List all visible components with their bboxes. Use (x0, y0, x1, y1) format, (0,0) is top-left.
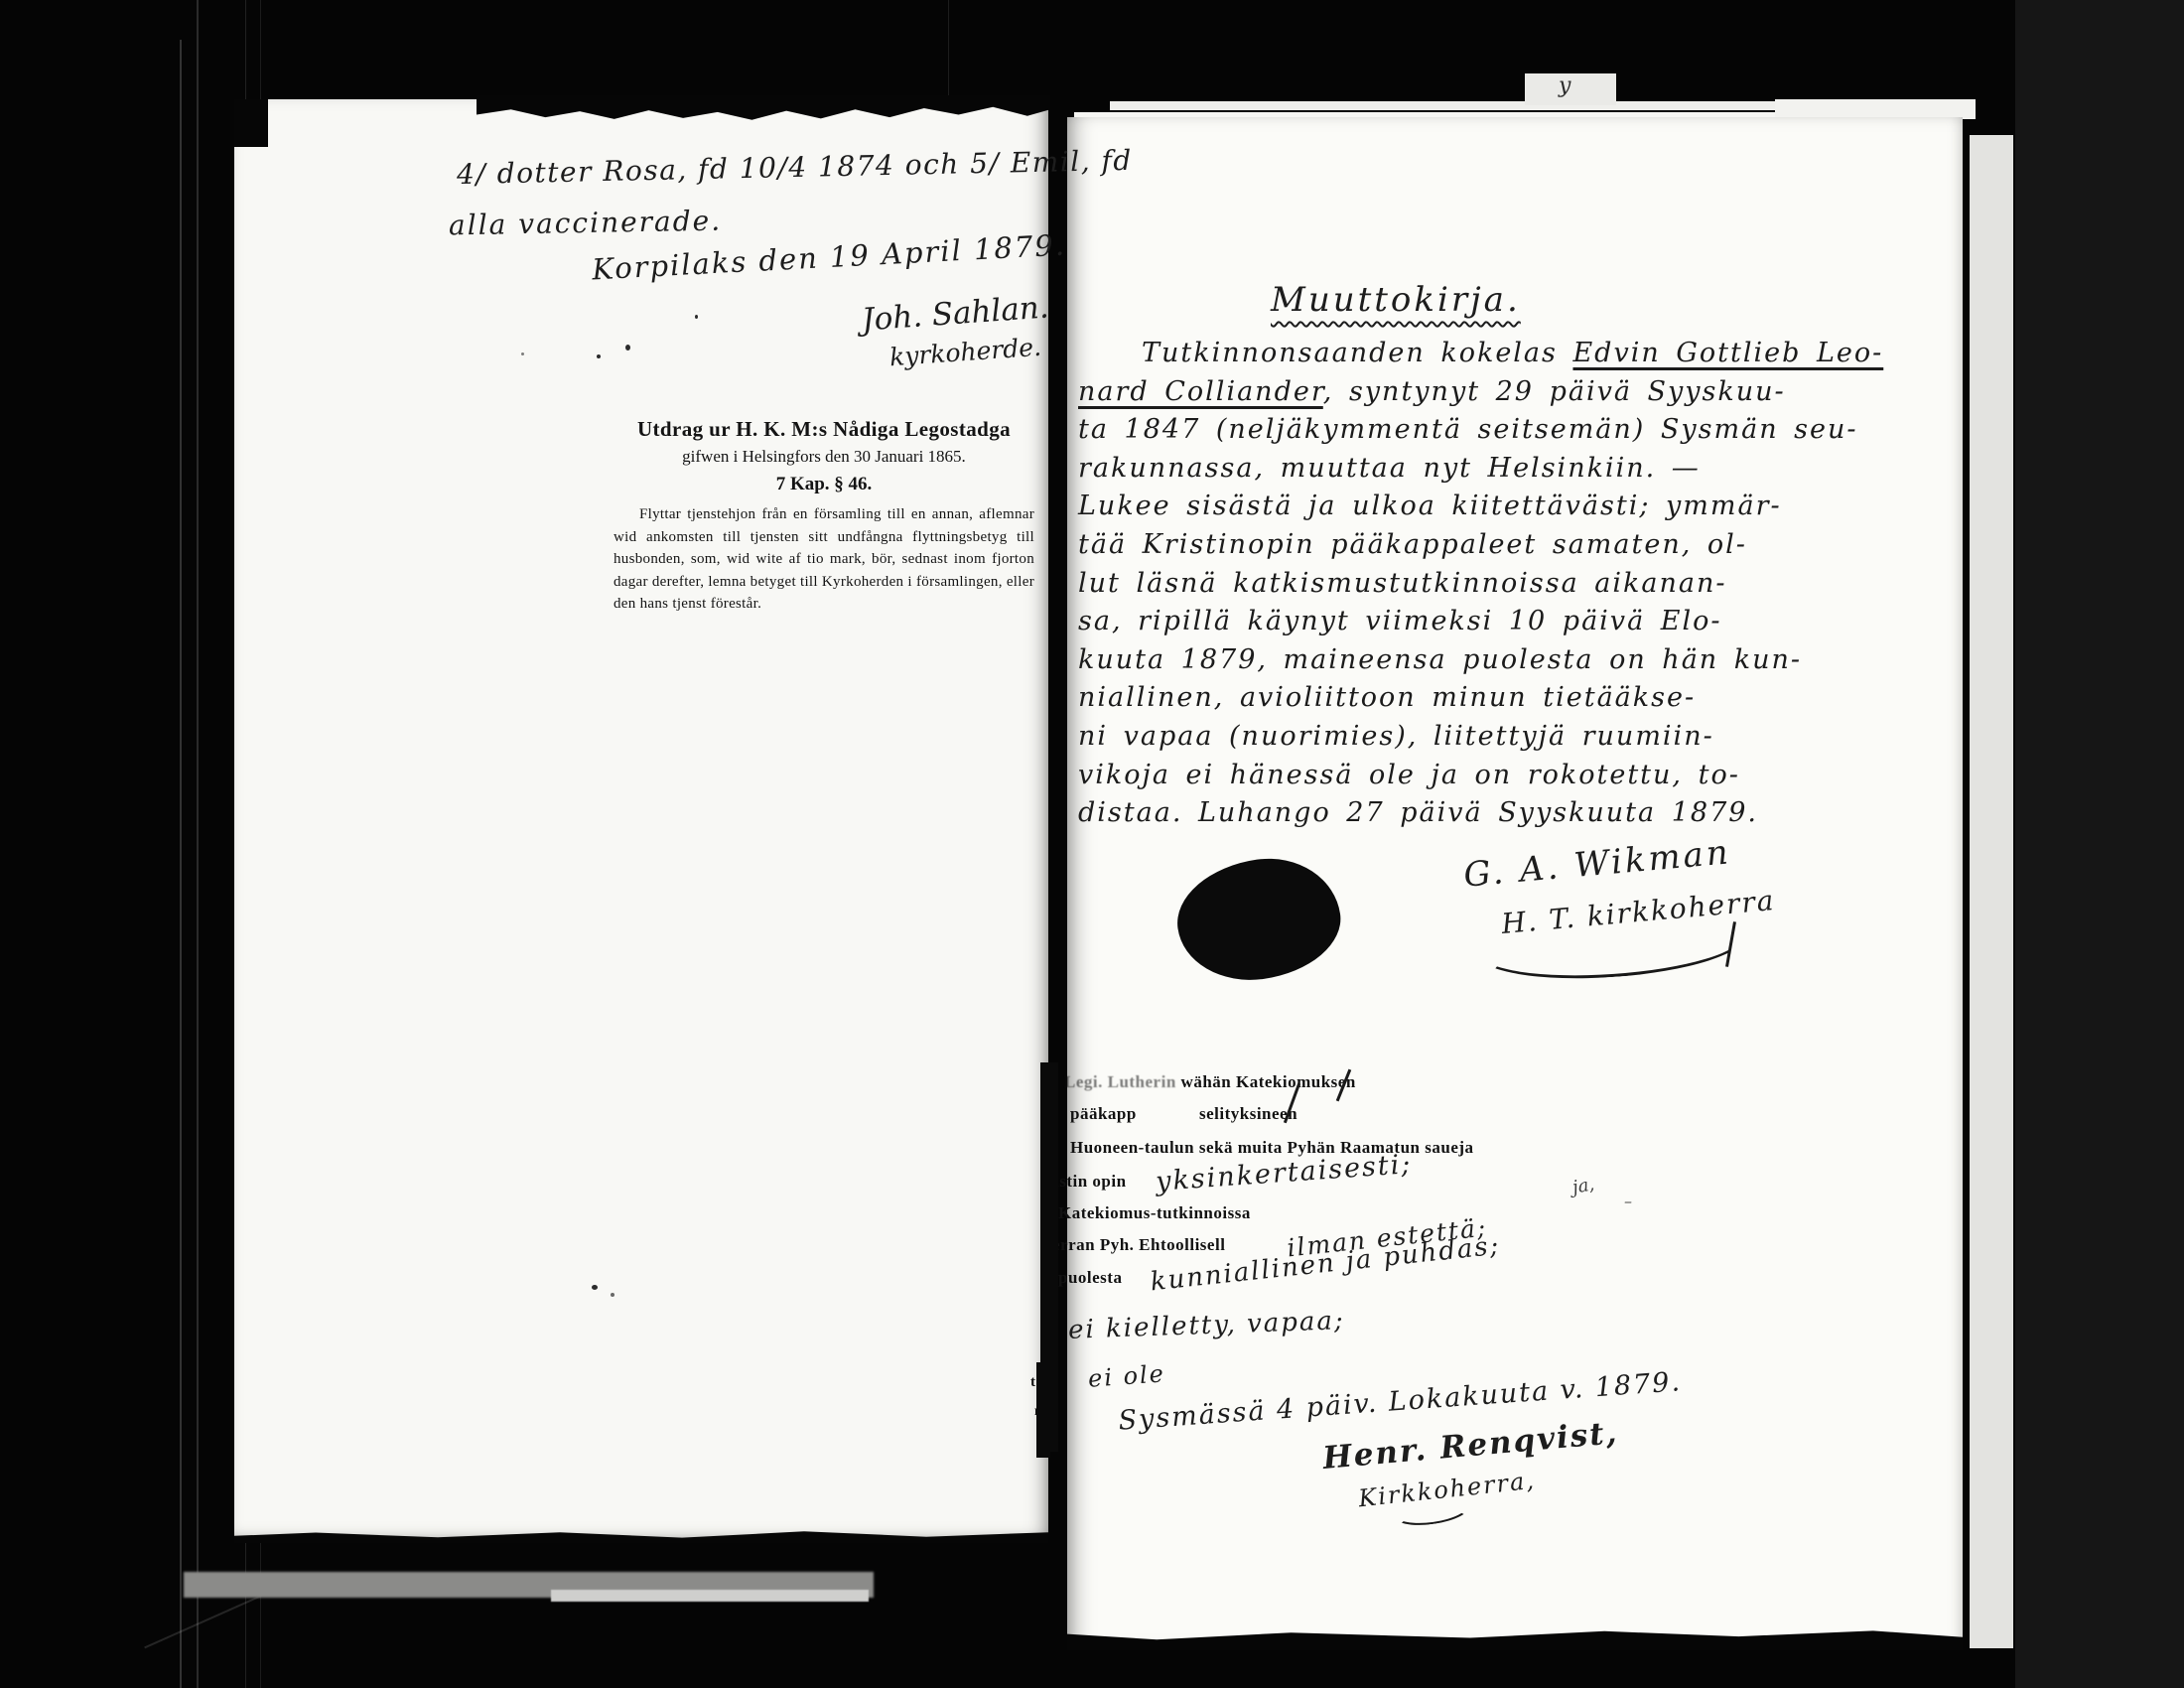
form-line-6-printed: erran Pyh. Ehtoollisell (1052, 1235, 1225, 1255)
form-line-1: Legi. Lutherin wähän Katekiomuksen (1064, 1072, 1356, 1092)
body-line-11-text: ni vapaa (nuorimies), liitettyjä ruumiin… (1078, 721, 1714, 752)
ink-speck (695, 315, 698, 319)
body-line-7-text: lut läsnä katkismustutkinnoissa aikanan- (1078, 568, 1726, 599)
body-line-1-underlined: Edvin Gottlieb Leo- (1572, 338, 1883, 368)
body-line-13-text: distaa. Luhango 27 päivä Syyskuuta 1879. (1078, 797, 1758, 828)
corner-mark: y (1559, 73, 1570, 98)
body-line-10: niallinen, avioliittoon minun tietääkse- (1078, 682, 1883, 721)
body-line-10-text: niallinen, avioliittoon minun tietääkse- (1078, 682, 1696, 713)
body-line-13: distaa. Luhango 27 päivä Syyskuuta 1879. (1078, 797, 1883, 836)
form-line-1-faint: Legi. Lutherin (1064, 1072, 1176, 1091)
body-line-9-text: kuuta 1879, maineensa puolesta on hän ku… (1078, 644, 1802, 675)
body-line-1: Tutkinnonsaanden kokelas Edvin Gottlieb … (1078, 338, 1883, 376)
note-line-2: alla vaccinerade. (449, 205, 723, 242)
form-line-7-printed: puolesta (1058, 1268, 1122, 1288)
scratch-line (197, 0, 199, 1688)
ink-speck (597, 354, 601, 358)
ink-speck (611, 1293, 614, 1297)
right-body-lines: Tutkinnonsaanden kokelas Edvin Gottlieb … (1078, 338, 1883, 836)
body-line-2: nard Colliander, syntynyt 29 päivä Syysk… (1078, 376, 1883, 415)
body-line-7: lut läsnä katkismustutkinnoissa aikanan- (1078, 568, 1883, 607)
body-line-12: vikoja ei hänessä ole ja on rokotettu, t… (1078, 760, 1883, 798)
body-line-4-text: rakunnassa, muuttaa nyt Helsinkiin. — (1078, 453, 1701, 484)
form-line-3: Huoneen-taulun sekä muita Pyhän Raamatun… (1070, 1138, 1474, 1158)
body-line-6: tää Kristinopin pääkappaleet samaten, ol… (1078, 529, 1883, 568)
book-block-shadow (2015, 0, 2184, 1688)
scratch-line (948, 0, 949, 109)
body-line-2-underlined: nard Colliander (1078, 376, 1323, 407)
extract-body: Flyttar tjenstehjon från en församling t… (614, 503, 1034, 616)
ink-speck (592, 1285, 598, 1290)
margin-mark-1: ja, (1570, 1174, 1595, 1198)
left-page-corner-step (234, 99, 268, 147)
body-line-6-text: tää Kristinopin pääkappaleet samaten, ol… (1078, 529, 1747, 560)
body-line-1-text: Tutkinnonsaanden kokelas (1142, 338, 1572, 368)
body-line-12-text: vikoja ei hänessä ole ja on rokotettu, t… (1078, 760, 1740, 790)
form-line-4-printed: istin opin (1054, 1172, 1127, 1192)
extract-section: 7 Kap. § 46. (614, 474, 1034, 495)
body-line-3: ta 1847 (neljäkymmentä seitsemän) Sysmän… (1078, 414, 1883, 453)
form-line-1-text: wähän Katekiomuksen (1181, 1072, 1356, 1091)
ink-speck (521, 352, 524, 355)
extract-title: Utdrag ur H. K. M:s Nådiga Legostadga (614, 417, 1034, 442)
extract-subtitle: gifwen i Helsingfors den 30 Januari 1865… (614, 447, 1034, 467)
form-line-5: Katekiomus-tutkinnoissa (1058, 1203, 1251, 1223)
printed-extract: Utdrag ur H. K. M:s Nådiga Legostadga gi… (614, 417, 1034, 616)
sheet-edge-top-corner (1775, 99, 1976, 119)
margin-mark-2: – (1624, 1192, 1632, 1210)
form-line-2-left: pääkapp (1070, 1104, 1137, 1124)
ink-speck (625, 345, 630, 351)
body-line-11: ni vapaa (nuorimies), liitettyjä ruumiin… (1078, 721, 1883, 760)
body-line-3-text: ta 1847 (neljäkymmentä seitsemän) Sysmän… (1078, 414, 1858, 445)
body-line-4: rakunnassa, muuttaa nyt Helsinkiin. — (1078, 453, 1883, 492)
body-line-5-text: Lukee sisästä ja ulkoa kiitettävästi; ym… (1078, 491, 1782, 521)
bottom-line-2-written: ei ole (1087, 1359, 1166, 1392)
gutter-shadow-bar-2 (1036, 1362, 1050, 1458)
body-line-8-text: sa, ripillä käynyt viimeksi 10 päivä Elo… (1078, 606, 1721, 636)
sheet-fore-edge-strip (1970, 135, 2013, 1648)
body-line-5: Lukee sisästä ja ulkoa kiitettävästi; ym… (1078, 491, 1883, 529)
scratch-line (180, 40, 182, 1688)
document-title: Muuttokirja. (1271, 280, 1521, 320)
scanned-document: y 4/ dotter Rosa, fd 10/4 1874 och 5/ Em… (0, 0, 2184, 1688)
body-line-2-text: , syntynyt 29 päivä Syyskuu- (1323, 376, 1786, 407)
body-line-9: kuuta 1879, maineensa puolesta on hän ku… (1078, 644, 1883, 683)
bottom-sheet-strip-light (551, 1590, 869, 1602)
body-line-8: sa, ripillä käynyt viimeksi 10 päivä Elo… (1078, 606, 1883, 644)
